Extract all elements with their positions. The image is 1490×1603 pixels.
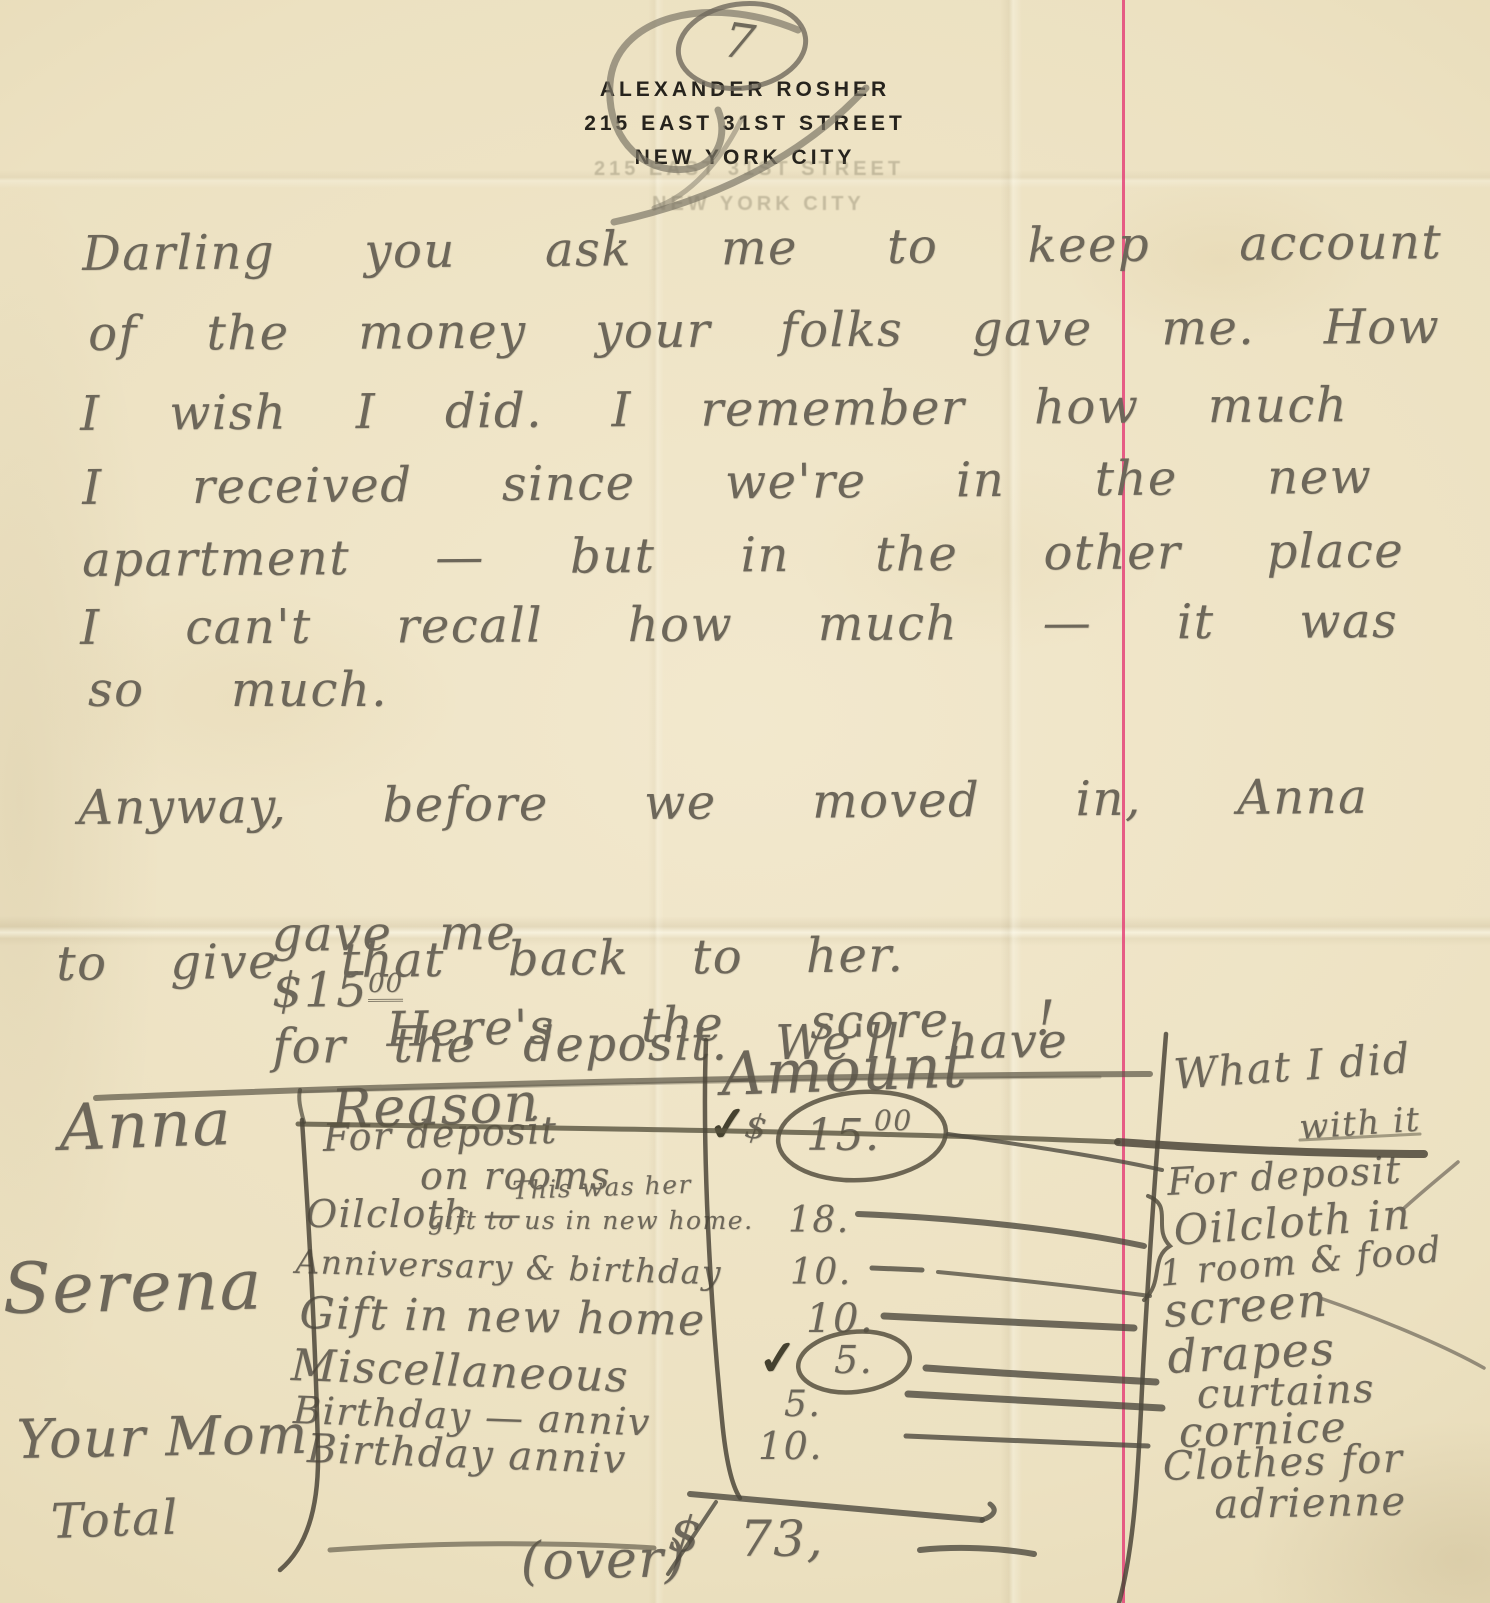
amount-miscellaneous: 5. <box>834 1338 873 1382</box>
table-right-border <box>1119 1034 1166 1603</box>
connector-row-7 <box>906 1436 1148 1446</box>
reason-birthday-anniv-2: Birthday anniv <box>306 1426 627 1483</box>
connector-row-3-dash <box>872 1268 922 1270</box>
amount-oilcloth: 18. <box>788 1200 850 1241</box>
amount-birthday-anniv: 5. <box>784 1384 821 1425</box>
reason-gift-new-home: Gift in new home <box>299 1288 706 1346</box>
reason-deposit: For deposit <box>322 1108 558 1160</box>
table-header-what-i-did: What I did <box>1172 1033 1412 1098</box>
connector-row-4 <box>884 1316 1134 1328</box>
connector-row-3 <box>938 1272 1150 1296</box>
reason-oilcloth-note-1: This was her <box>512 1170 692 1205</box>
giver-label-anna: Anna <box>58 1086 233 1166</box>
total-label: Total <box>50 1490 180 1550</box>
total-overline-hook <box>982 1504 994 1520</box>
reason-anniversary-birthday: Anniversary & birthday <box>295 1242 723 1292</box>
connector-row-2 <box>858 1214 1144 1246</box>
screen-tail-stroke <box>1320 1298 1484 1368</box>
amount-gift: 10. <box>806 1296 874 1342</box>
reason-oilcloth-note-2: gift to us in new home. <box>428 1206 754 1235</box>
over-note: (over) <box>520 1529 687 1592</box>
table-header-amount: Amount <box>720 1031 969 1110</box>
amount-deposit-currency: $ <box>742 1106 770 1149</box>
giver-label-your-mom: Your Mom <box>16 1403 309 1471</box>
total-amount: 73, <box>740 1510 824 1568</box>
amount-deposit: 15. <box>806 1110 880 1161</box>
check-mark-miscellaneous: ✓ <box>756 1329 802 1388</box>
giver-label-serena: Serena <box>2 1243 263 1330</box>
connector-row-1 <box>948 1134 1162 1170</box>
letterhead-ghost-city: NEW YORK CITY <box>652 193 865 216</box>
page-number-annotation: 7 <box>720 12 760 72</box>
table-header-with-it: with it <box>1298 1100 1422 1148</box>
spent-adrienne: adrienne <box>1214 1479 1407 1528</box>
total-overline <box>690 1494 982 1520</box>
amount-deposit-cents: 00 <box>874 1104 913 1137</box>
total-right-dash <box>920 1548 1034 1554</box>
scanned-letter-page: ALEXANDER ROSHER 215 EAST 31ST STREET NE… <box>0 0 1490 1603</box>
amount-anniversary: 10. <box>790 1252 852 1293</box>
letterhead-ghost-street: 215 EAST 31ST STREET <box>594 158 904 181</box>
letterhead-street: 215 EAST 31ST STREET <box>0 112 1490 136</box>
amount-birthday-anniv-2: 10. <box>758 1424 823 1468</box>
letterhead-name: ALEXANDER ROSHER <box>0 78 1490 102</box>
letter-line-7: so much. <box>88 662 388 777</box>
